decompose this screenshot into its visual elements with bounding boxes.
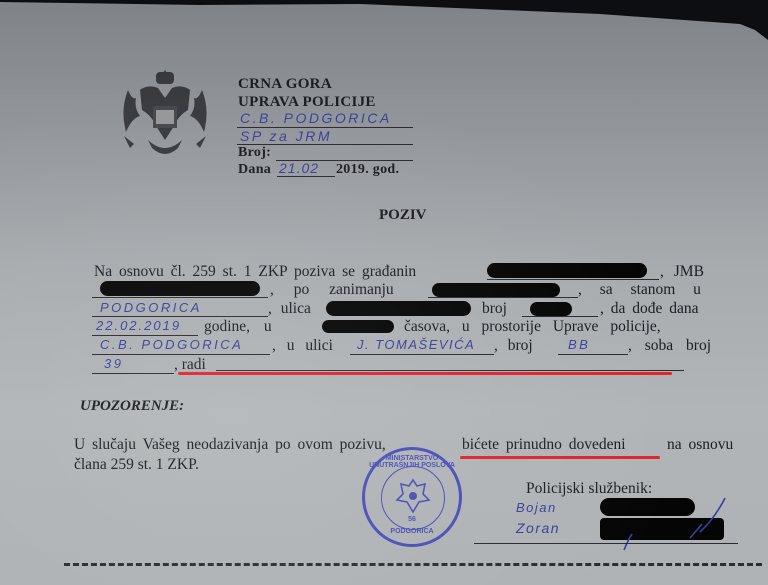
red-highlight-reason bbox=[178, 372, 672, 375]
signature-label: Policijski službenik: bbox=[526, 480, 652, 498]
broj-field-line bbox=[276, 160, 413, 161]
redacted-time bbox=[322, 320, 394, 333]
header-agency: UPRAVA POLICIJE bbox=[238, 94, 376, 111]
dana-underline bbox=[277, 176, 335, 177]
police-station-line bbox=[92, 354, 270, 355]
summons-line5a: , u ulici bbox=[272, 337, 333, 355]
header-country: CRNA GORA bbox=[238, 76, 332, 93]
redacted-street bbox=[326, 301, 471, 316]
jmb-line bbox=[92, 297, 268, 298]
date-line bbox=[92, 335, 198, 336]
document-title: POZIV bbox=[379, 207, 427, 224]
house-number-line bbox=[522, 316, 598, 317]
summons-line3b: broj bbox=[482, 300, 507, 318]
station-street-value: J. TOMAŠEVIĆA bbox=[357, 337, 475, 352]
stamp-number: 56 bbox=[365, 516, 459, 523]
stamp-city: PODGORICA bbox=[365, 528, 459, 535]
dana-label: Dana bbox=[238, 162, 271, 178]
warning-text-emphasis: bićete prinudno dovedeni bbox=[462, 436, 626, 454]
cut-line bbox=[64, 563, 762, 566]
dana-value: 21.02 bbox=[279, 160, 319, 176]
stamp-inner-ring bbox=[381, 466, 445, 530]
header-unit-line2: SP za JRM bbox=[240, 128, 332, 144]
summons-line3a: , ulica bbox=[268, 300, 311, 318]
warning-heading: UPOZORENJE: bbox=[80, 398, 184, 415]
summons-jmb: , JMB bbox=[660, 263, 704, 281]
summons-line5b: , broj bbox=[494, 337, 533, 355]
police-station-value: C.B. PODGORICA bbox=[100, 337, 243, 352]
officer-name-1: Bojan bbox=[516, 500, 557, 515]
warning-text-c: na osnovu bbox=[667, 436, 733, 454]
coat-of-arms-icon bbox=[118, 70, 212, 160]
city-line bbox=[92, 316, 268, 317]
occupation-line bbox=[428, 297, 578, 298]
summons-line6a: , radi bbox=[174, 356, 206, 374]
signature-scribble-icon bbox=[590, 494, 730, 556]
officer-name-2: Zoran bbox=[516, 520, 560, 536]
unit-line2-underline bbox=[237, 144, 413, 145]
redacted-officer-2 bbox=[600, 518, 724, 540]
summons-document: CRNA GORA UPRAVA POLICIJE C.B. PODGORICA… bbox=[0, 0, 768, 585]
summons-line2b: , sa stanom u bbox=[578, 281, 701, 299]
official-stamp: MINISTARSTVO UNUTRAŠNJIH POSLOVA 56 PODG… bbox=[362, 447, 462, 547]
room-number-value: 39 bbox=[104, 356, 123, 371]
station-number-line bbox=[558, 354, 628, 355]
room-number-line bbox=[92, 373, 174, 374]
unit-line1-underline bbox=[237, 127, 413, 128]
broj-label: Broj: bbox=[238, 145, 271, 161]
summons-line5c: , soba broj bbox=[628, 337, 711, 355]
warning-text-d: člana 259 st. 1 ZKP. bbox=[74, 456, 199, 474]
redacted-occupation bbox=[432, 283, 560, 297]
city-value: PODGORICA bbox=[100, 300, 202, 315]
redacted-house-number bbox=[530, 302, 572, 316]
red-highlight-warning bbox=[460, 456, 660, 459]
stamp-ring-text: MINISTARSTVO UNUTRAŠNJIH POSLOVA bbox=[365, 455, 459, 469]
citizen-name-line bbox=[487, 279, 659, 280]
station-number-value: BB bbox=[568, 337, 590, 352]
appointment-date: 22.02.2019 bbox=[96, 318, 181, 333]
summons-line4a: godine, u bbox=[204, 318, 272, 336]
year-suffix: 2019. god. bbox=[336, 162, 399, 178]
warning-text-a: U slučaju Vašeg neodazivanja po ovom poz… bbox=[74, 436, 386, 454]
redacted-citizen-name bbox=[487, 263, 647, 278]
summons-line1: Na osnovu čl. 259 st. 1 ZKP poziva se gr… bbox=[94, 263, 416, 281]
reason-line bbox=[216, 370, 684, 371]
redacted-officer-1 bbox=[600, 498, 695, 516]
stamp-emblem-icon bbox=[395, 478, 431, 514]
redacted-jmb bbox=[100, 281, 260, 296]
summons-line3c: , da dođe dana bbox=[600, 300, 699, 318]
summons-line2a: , po zanimanju bbox=[270, 281, 394, 299]
signature-line bbox=[474, 543, 738, 544]
summons-line4b: časova, u prostorije Uprave policije, bbox=[404, 318, 661, 336]
station-street-line bbox=[350, 354, 494, 355]
header-unit-line1: C.B. PODGORICA bbox=[240, 110, 392, 126]
